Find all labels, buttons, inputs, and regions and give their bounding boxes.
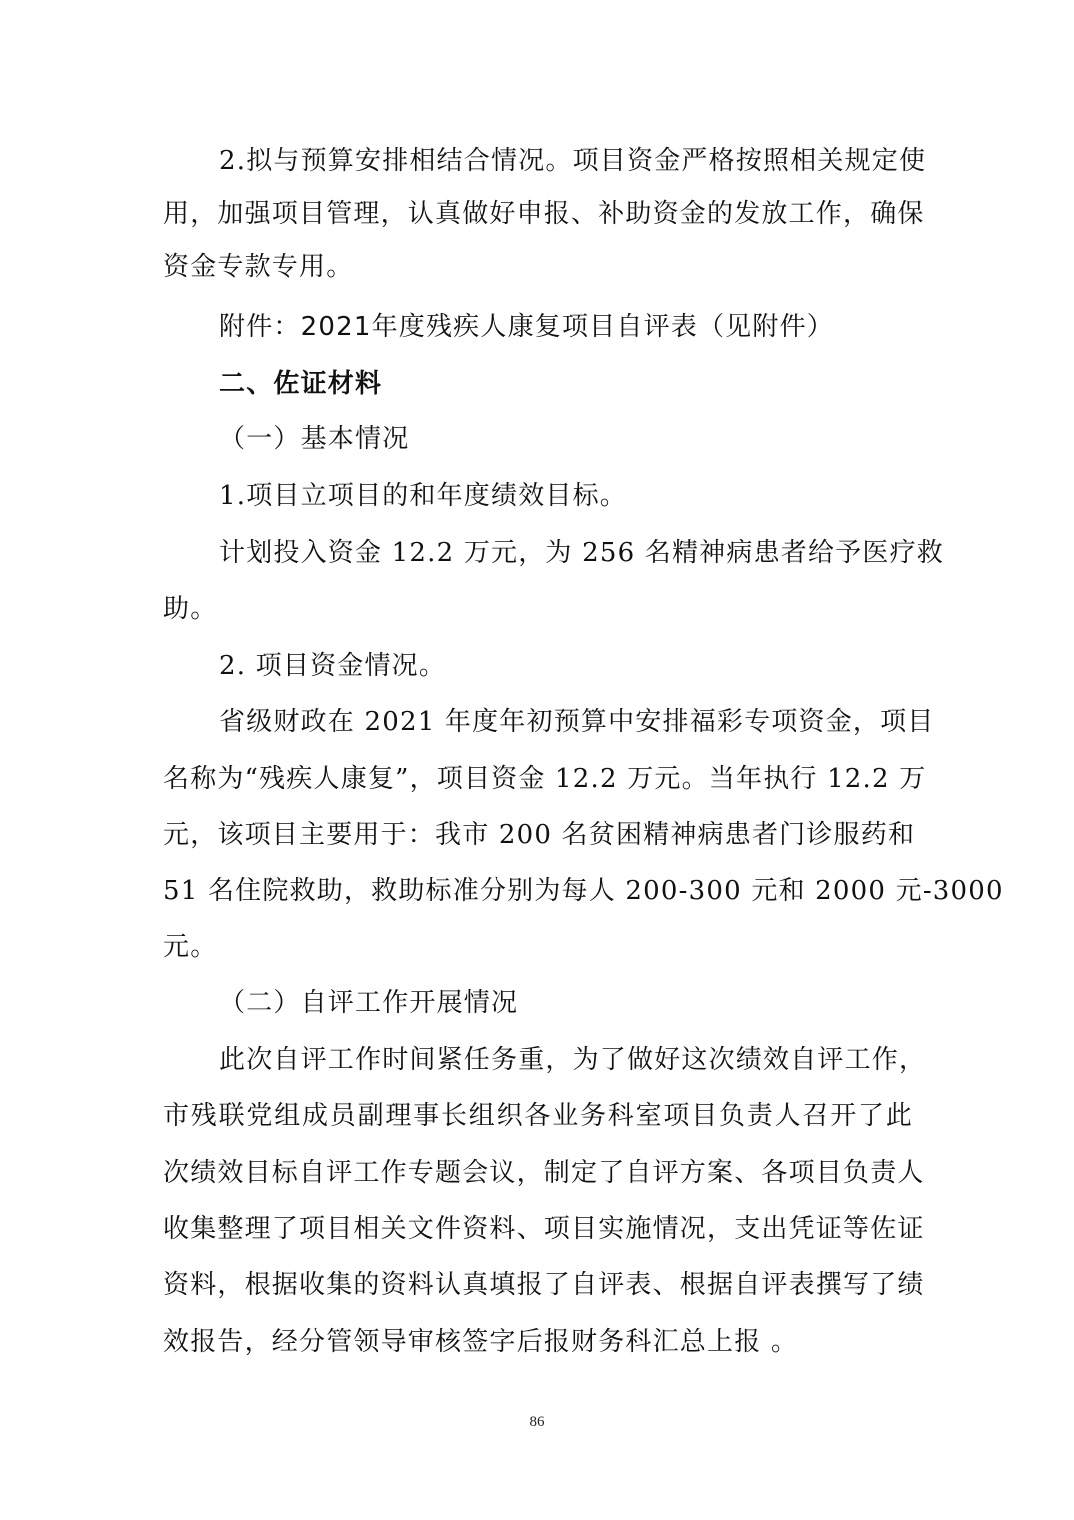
text-line: 计划投入资金 12.2 万元，为 256 名精神病患者给予医疗救 xyxy=(219,538,913,568)
text-line: 省级财政在 2021 年度年初预算中安排福彩专项资金，项目 xyxy=(219,707,913,737)
text-line: （二）自评工作开展情况 xyxy=(219,988,913,1018)
page-number: 86 xyxy=(0,1414,1074,1431)
text-line: 收集整理了项目相关文件资料、项目实施情况，支出凭证等佐证 xyxy=(163,1214,913,1244)
text-line: 次绩效目标自评工作专题会议，制定了自评方案、各项目负责人 xyxy=(163,1158,913,1188)
text-line: 51 名住院救助，救助标准分别为每人 200-300 元和 2000 元-300… xyxy=(163,876,913,906)
document-page: 2.拟与预算安排相结合情况。项目资金严格按照相关规定使用，加强项目管理，认真做好… xyxy=(0,0,1074,1520)
text-line: 2. 项目资金情况。 xyxy=(219,651,913,681)
text-line: 1.项目立项目的和年度绩效目标。 xyxy=(219,481,913,511)
text-line: 助。 xyxy=(163,594,913,624)
text-line: （一）基本情况 xyxy=(219,424,913,454)
text-line: 效报告，经分管领导审核签字后报财务科汇总上报 。 xyxy=(163,1327,913,1357)
text-line: 元，该项目主要用于：我市 200 名贫困精神病患者门诊服药和 xyxy=(163,820,913,850)
text-line: 此次自评工作时间紧任务重，为了做好这次绩效自评工作， xyxy=(219,1045,913,1075)
text-line: 附件：2021年度残疾人康复项目自评表（见附件） xyxy=(219,312,913,342)
text-line: 名称为“残疾人康复”，项目资金 12.2 万元。当年执行 12.2 万 xyxy=(163,764,913,794)
text-line: 用，加强项目管理，认真做好申报、补助资金的发放工作，确保 xyxy=(163,199,913,229)
text-line: 资料，根据收集的资料认真填报了自评表、根据自评表撰写了绩 xyxy=(163,1270,913,1300)
text-line: 市残联党组成员副理事长组织各业务科室项目负责人召开了此 xyxy=(163,1101,913,1131)
section-heading: 二、佐证材料 xyxy=(219,369,913,399)
text-line: 资金专款专用。 xyxy=(163,252,913,282)
text-line: 元。 xyxy=(163,932,913,962)
text-line: 2.拟与预算安排相结合情况。项目资金严格按照相关规定使 xyxy=(219,146,913,176)
